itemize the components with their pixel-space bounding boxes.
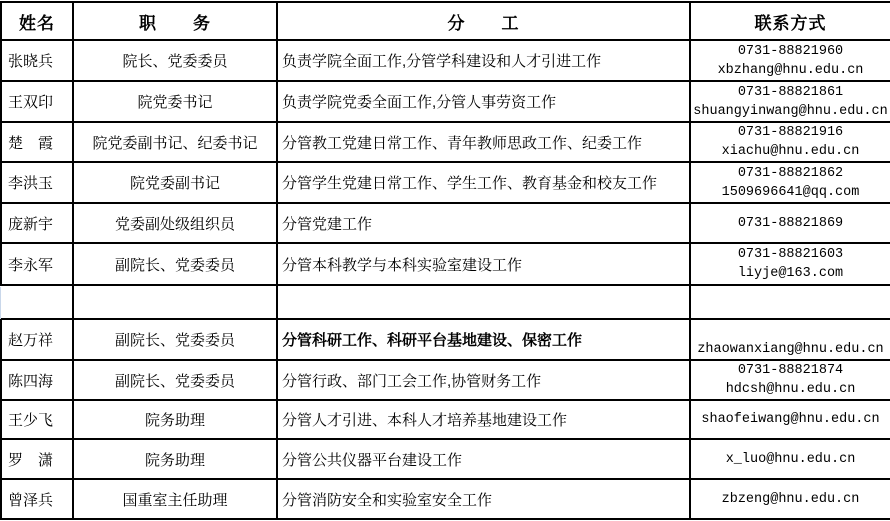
table-row <box>1 285 890 319</box>
cell-title: 院务助理 <box>73 439 277 479</box>
cell-duty: 负责学院党委全面工作,分管人事劳资工作 <box>277 81 690 122</box>
cell-contact: x_luo@hnu.edu.cn <box>690 439 890 479</box>
table-row: 李永军副院长、党委委员分管本科教学与本科实验室建设工作0731-88821603… <box>1 243 890 285</box>
contact-email: shaofeiwang@hnu.edu.cn <box>692 410 889 429</box>
cell-name: 李洪玉 <box>1 162 73 203</box>
cell-contact: 0731-888218621509696641@qq.com <box>690 162 890 203</box>
contact-phone: 0731-88821916 <box>692 123 889 142</box>
cell-contact: 0731-88821869 <box>690 203 890 243</box>
cell-title: 副院长、党委委员 <box>73 319 277 360</box>
contact-email: hdcsh@hnu.edu.cn <box>692 380 889 399</box>
contact-email: zhaowanxiang@hnu.edu.cn <box>692 340 889 359</box>
contact-roster-table: 姓名 职 务 分 工 联系方式 张晓兵院长、党委委员负责学院全面工作,分管学科建… <box>0 1 890 520</box>
contact-email: liyje@163.com <box>692 264 889 283</box>
table-row: 曾泽兵国重室主任助理分管消防安全和实验室安全工作zbzeng@hnu.edu.c… <box>1 479 890 519</box>
contact-phone: 0731-88821960 <box>692 42 889 61</box>
cell-title: 院长、党委委员 <box>73 40 277 81</box>
contact-phone: 0731-88821869 <box>692 214 889 233</box>
table-row: 张晓兵院长、党委委员负责学院全面工作,分管学科建设和人才引进工作0731-888… <box>1 40 890 81</box>
contact-phone: 0731-88821862 <box>692 164 889 183</box>
cell-contact: 0731-88821603liyje@163.com <box>690 243 890 285</box>
table-row: 陈四海副院长、党委委员分管行政、部门工会工作,协管财务工作0731-888218… <box>1 360 890 400</box>
cell-title: 副院长、党委委员 <box>73 243 277 285</box>
contact-phone: 0731-88821861 <box>692 83 889 102</box>
table-row: 王少飞院务助理分管人才引进、本科人才培养基地建设工作shaofeiwang@hn… <box>1 400 890 439</box>
col-header-name: 姓名 <box>1 2 73 40</box>
cell-contact: 0731-88821874hdcsh@hnu.edu.cn <box>690 360 890 400</box>
table-row: 王双印院党委书记负责学院党委全面工作,分管人事劳资工作0731-88821861… <box>1 81 890 122</box>
contact-email: x_luo@hnu.edu.cn <box>692 450 889 469</box>
cell-name: 王双印 <box>1 81 73 122</box>
cell-duty: 分管公共仪器平台建设工作 <box>277 439 690 479</box>
cell-title: 院党委书记 <box>73 81 277 122</box>
cell-duty: 分管本科教学与本科实验室建设工作 <box>277 243 690 285</box>
cell-contact: shaofeiwang@hnu.edu.cn <box>690 400 890 439</box>
cell-name: 罗 潇 <box>1 439 73 479</box>
cell-name <box>1 285 73 319</box>
cell-title <box>73 285 277 319</box>
contact-email: zbzeng@hnu.edu.cn <box>692 490 889 509</box>
contact-email: 1509696641@qq.com <box>692 183 889 202</box>
cell-contact <box>690 285 890 319</box>
table-body: 张晓兵院长、党委委员负责学院全面工作,分管学科建设和人才引进工作0731-888… <box>1 40 890 519</box>
cell-duty: 分管行政、部门工会工作,协管财务工作 <box>277 360 690 400</box>
cell-title: 院党委副书记、纪委书记 <box>73 122 277 162</box>
cell-contact: 0731-88821861shuangyinwang@hnu.edu.cn <box>690 81 890 122</box>
cell-duty: 分管教工党建日常工作、青年教师思政工作、纪委工作 <box>277 122 690 162</box>
header-row: 姓名 职 务 分 工 联系方式 <box>1 2 890 40</box>
cell-name: 庞新宇 <box>1 203 73 243</box>
cell-title: 院党委副书记 <box>73 162 277 203</box>
contact-phone: 0731-88821874 <box>692 361 889 380</box>
cell-duty: 分管人才引进、本科人才培养基地建设工作 <box>277 400 690 439</box>
col-header-duty: 分 工 <box>277 2 690 40</box>
excel-gridline-hint <box>0 287 1 319</box>
table-row: 罗 潇院务助理分管公共仪器平台建设工作x_luo@hnu.edu.cn <box>1 439 890 479</box>
cell-contact: zbzeng@hnu.edu.cn <box>690 479 890 519</box>
cell-title: 副院长、党委委员 <box>73 360 277 400</box>
table-row: 庞新宇党委副处级组织员分管党建工作0731-88821869 <box>1 203 890 243</box>
col-header-contact: 联系方式 <box>690 2 890 40</box>
contact-phone: 0731-88821603 <box>692 245 889 264</box>
table-row: 楚 霞院党委副书记、纪委书记分管教工党建日常工作、青年教师思政工作、纪委工作07… <box>1 122 890 162</box>
cell-name: 王少飞 <box>1 400 73 439</box>
table-row: 赵万祥副院长、党委委员分管科研工作、科研平台基地建设、保密工作zhaowanxi… <box>1 319 890 360</box>
cell-duty: 分管消防安全和实验室安全工作 <box>277 479 690 519</box>
cell-duty: 分管科研工作、科研平台基地建设、保密工作 <box>277 319 690 360</box>
contact-email: xiachu@hnu.edu.cn <box>692 142 889 161</box>
cell-name: 张晓兵 <box>1 40 73 81</box>
cell-contact: 0731-88821960xbzhang@hnu.edu.cn <box>690 40 890 81</box>
cell-name: 曾泽兵 <box>1 479 73 519</box>
table-header: 姓名 职 务 分 工 联系方式 <box>1 2 890 40</box>
cell-contact: zhaowanxiang@hnu.edu.cn <box>690 319 890 360</box>
table-row: 李洪玉院党委副书记分管学生党建日常工作、学生工作、教育基金和校友工作0731-8… <box>1 162 890 203</box>
cell-title: 院务助理 <box>73 400 277 439</box>
cell-duty <box>277 285 690 319</box>
cell-name: 李永军 <box>1 243 73 285</box>
cell-duty: 负责学院全面工作,分管学科建设和人才引进工作 <box>277 40 690 81</box>
cell-name: 陈四海 <box>1 360 73 400</box>
contact-email: shuangyinwang@hnu.edu.cn <box>692 102 889 121</box>
cell-duty: 分管学生党建日常工作、学生工作、教育基金和校友工作 <box>277 162 690 203</box>
col-header-title: 职 务 <box>73 2 277 40</box>
cell-name: 赵万祥 <box>1 319 73 360</box>
contact-blank-line <box>692 321 889 340</box>
contact-email: xbzhang@hnu.edu.cn <box>692 61 889 80</box>
cell-contact: 0731-88821916xiachu@hnu.edu.cn <box>690 122 890 162</box>
cell-title: 党委副处级组织员 <box>73 203 277 243</box>
cell-title: 国重室主任助理 <box>73 479 277 519</box>
cell-duty: 分管党建工作 <box>277 203 690 243</box>
cell-name: 楚 霞 <box>1 122 73 162</box>
